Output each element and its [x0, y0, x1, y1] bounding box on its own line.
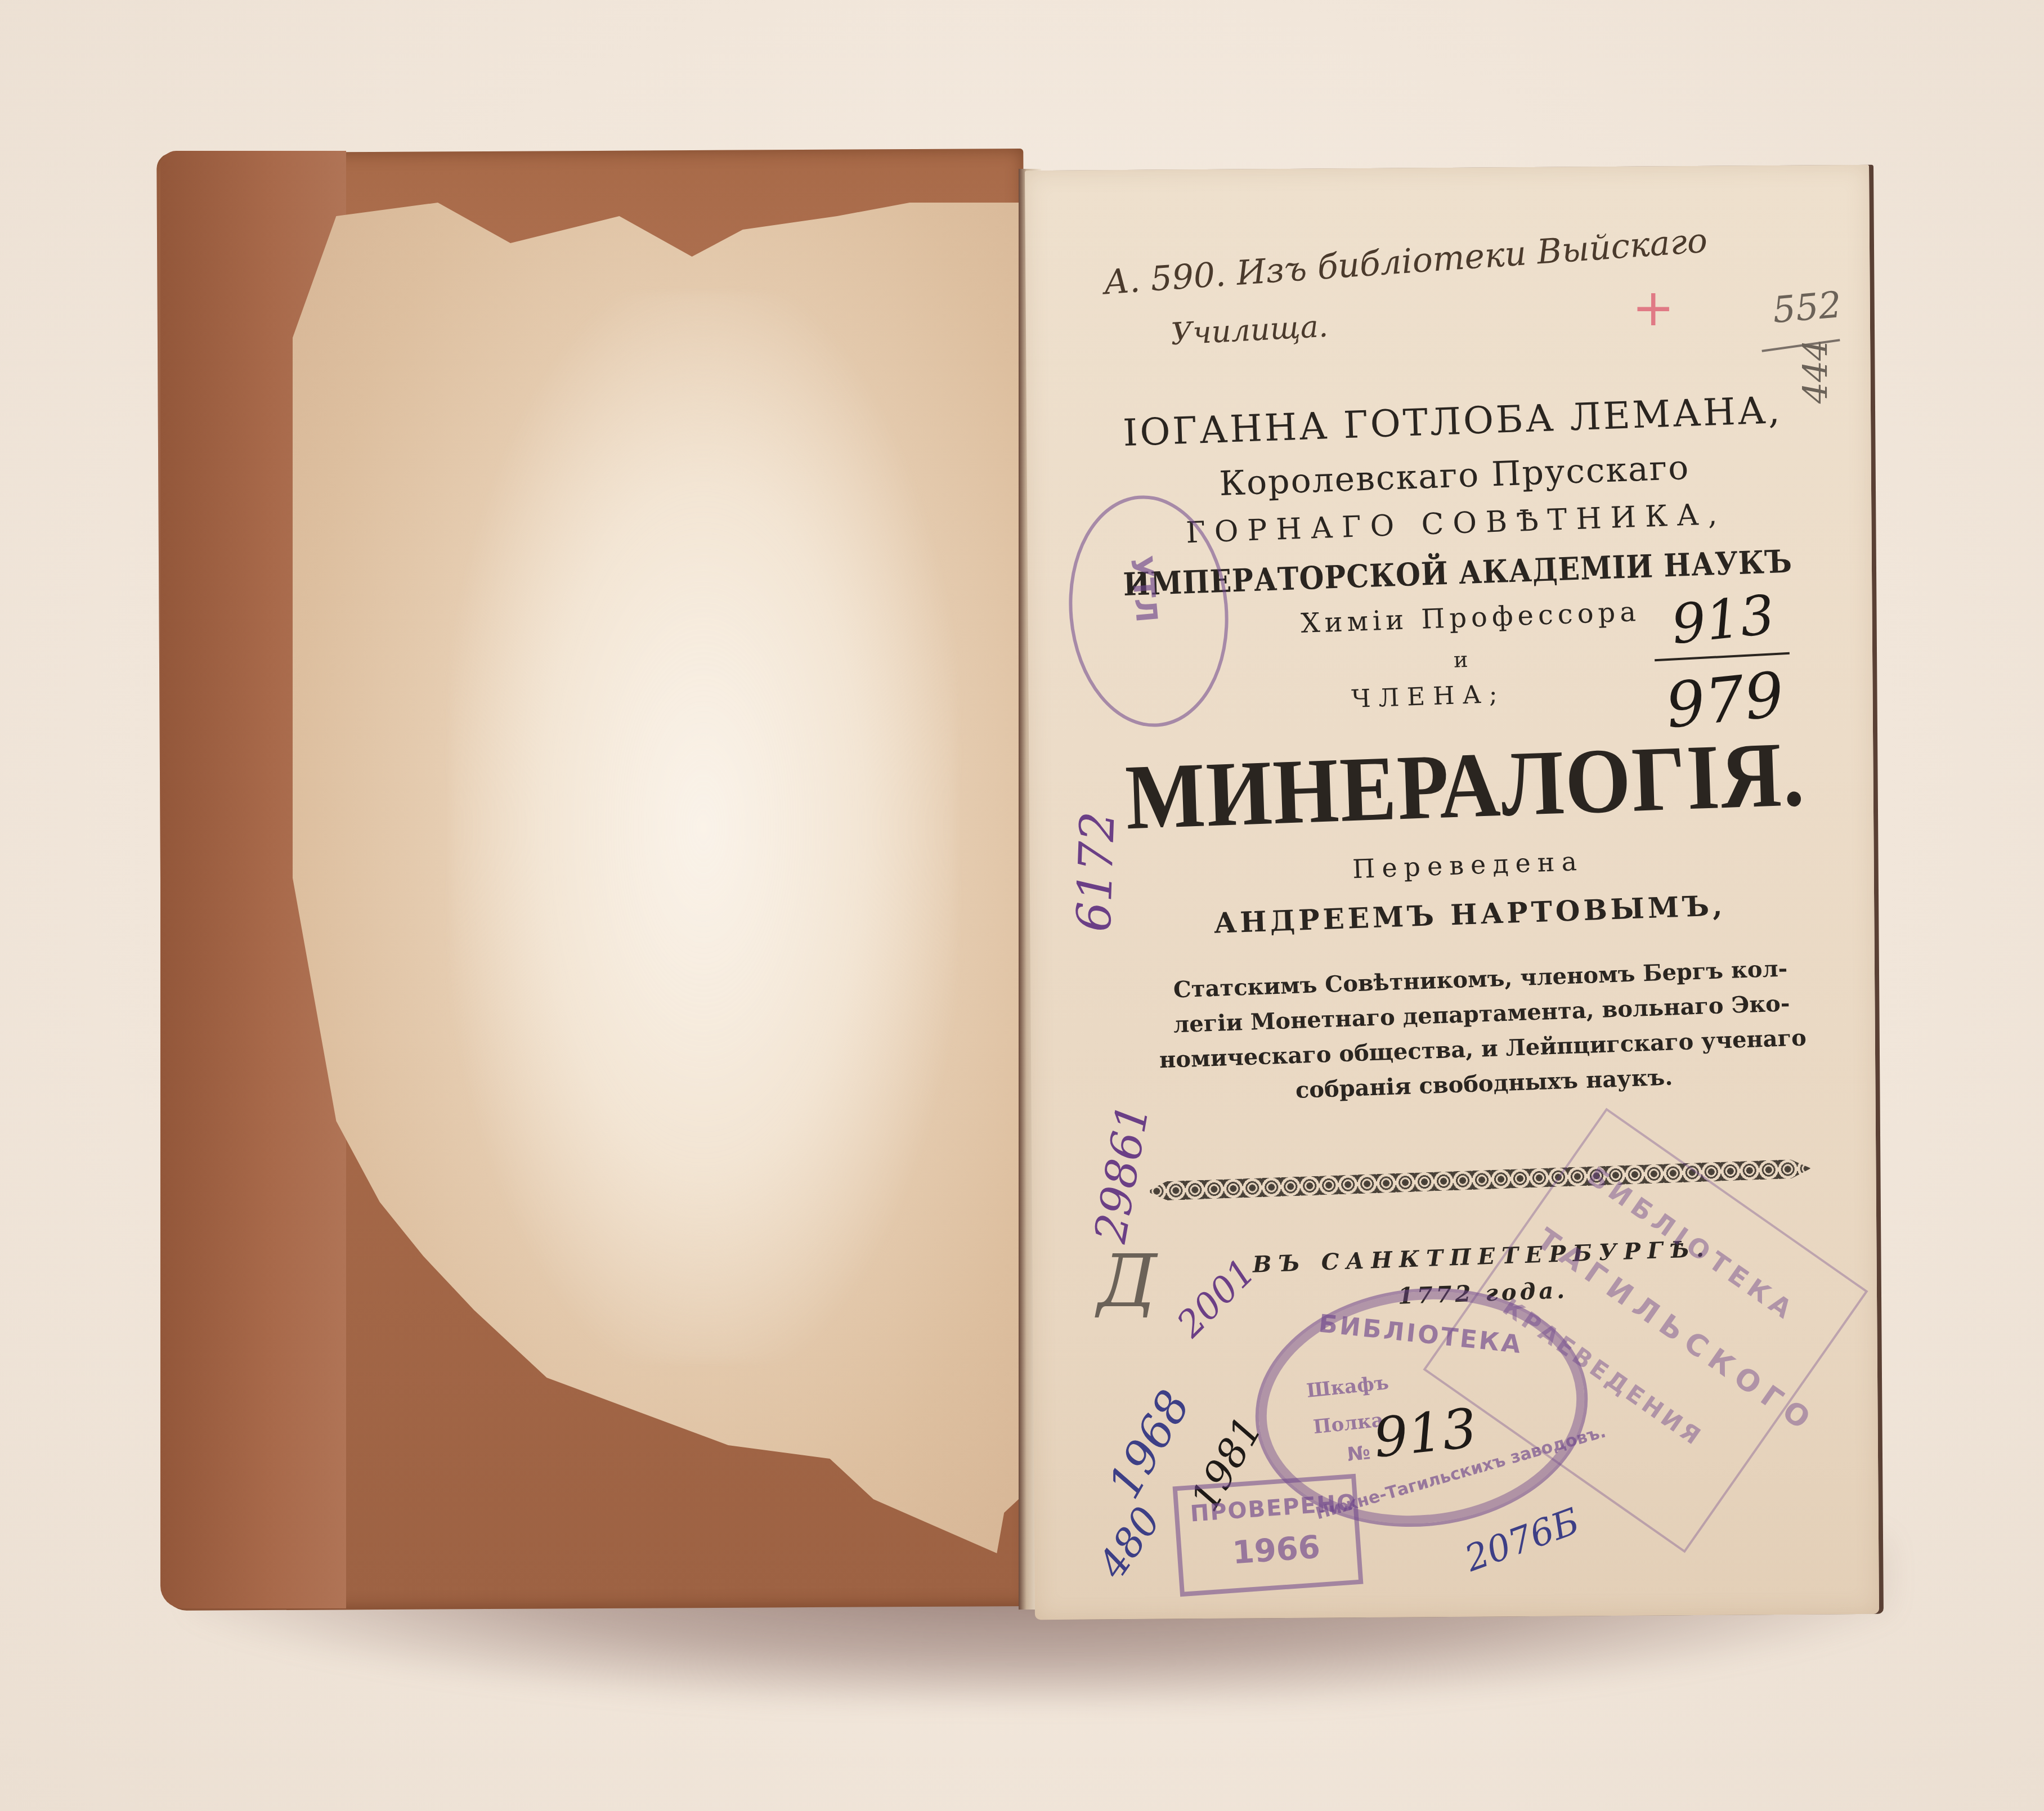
rect-stamp-year: 1966 — [1231, 1529, 1321, 1572]
translator-description: Статскимъ Совѣтникомъ, членомъ Бергъ кол… — [1123, 949, 1842, 1114]
margin-pencil-mark: Д — [1097, 1238, 1157, 1324]
handwritten-913: 913 — [1669, 583, 1778, 657]
book-title: МИНЕРАЛОГІЯ. — [1098, 720, 1833, 851]
water-stain — [450, 293, 957, 1362]
handwritten-979: 979 — [1662, 658, 1787, 742]
library-stamp-number-label: № — [1346, 1441, 1371, 1466]
rect-stamp-top: ПРОВЕРЕНО — [1189, 1490, 1357, 1527]
library-stamp-cabinet: Шкафъ — [1306, 1371, 1390, 1402]
inspection-rect-stamp: ПРОВЕРЕНО 1966 — [1173, 1474, 1364, 1597]
library-stamp-number: 913 — [1370, 1396, 1480, 1470]
margin-number-violet: 6172 — [1066, 810, 1125, 933]
translator-name: АНДРЕЕМЪ НАРТОВЫМЪ, — [1104, 885, 1836, 943]
author-name: ІОГАННА ГОТЛОБА ЛЕМАНА, — [1086, 387, 1819, 456]
oval-stamp-left-text: УТЛ — [1124, 554, 1163, 624]
